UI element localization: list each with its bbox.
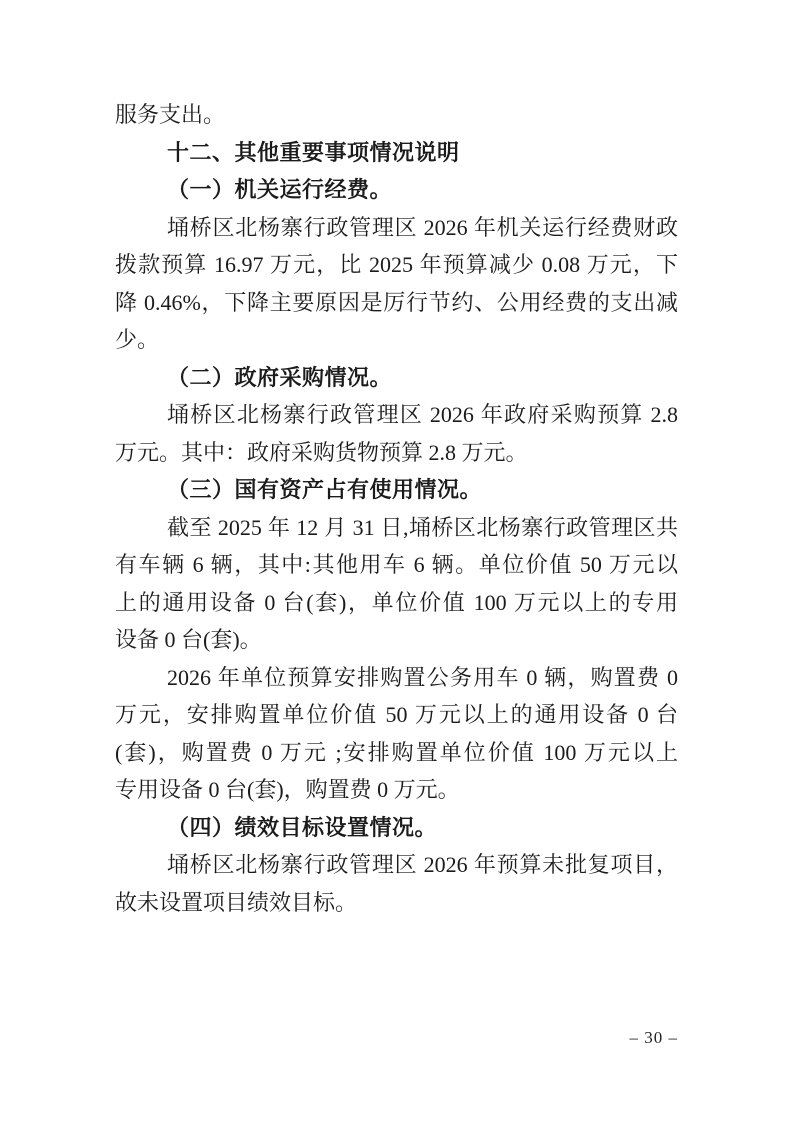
paragraph-line: (套)，购置费 0 万元 ;安排购置单位价值 100 万元以上 [115, 734, 678, 772]
section-heading: （二）政府采购情况。 [115, 359, 678, 397]
paragraph-line: 截至 2025 年 12 月 31 日,埇桥区北杨寨行政管理区共 [115, 509, 678, 547]
section-heading: （三）国有资产占有使用情况。 [115, 471, 678, 509]
paragraph-line: 少。 [115, 321, 678, 359]
paragraph-line: 万元，安排购置单位价值 50 万元以上的通用设备 0 台 [115, 696, 678, 734]
paragraph-line: 设备 0 台(套)。 [115, 621, 678, 659]
paragraph-line: 拨款预算 16.97 万元，比 2025 年预算减少 0.08 万元，下 [115, 246, 678, 284]
section-heading: 十二、其他重要事项情况说明 [115, 134, 678, 172]
paragraph-line: 专用设备 0 台(套)，购置费 0 万元。 [115, 771, 678, 809]
paragraph-line: 降 0.46%，下降主要原因是厉行节约、公用经费的支出减 [115, 284, 678, 322]
section-heading: （一）机关运行经费。 [115, 171, 678, 209]
paragraph-line: 埇桥区北杨寨行政管理区 2026 年政府采购预算 2.8 [115, 396, 678, 434]
document-page: 服务支出。 十二、其他重要事项情况说明 （一）机关运行经费。 埇桥区北杨寨行政管… [0, 0, 793, 1122]
paragraph-line: 埇桥区北杨寨行政管理区 2026 年预算未批复项目， [115, 846, 678, 884]
paragraph-line: 故未设置项目绩效目标。 [115, 884, 678, 922]
document-body: 服务支出。 十二、其他重要事项情况说明 （一）机关运行经费。 埇桥区北杨寨行政管… [115, 96, 678, 921]
paragraph-line: 埇桥区北杨寨行政管理区 2026 年机关运行经费财政 [115, 209, 678, 247]
paragraph-line: 有车辆 6 辆，其中:其他用车 6 辆。单位价值 50 万元以 [115, 546, 678, 584]
paragraph-line: 服务支出。 [115, 96, 678, 134]
page-number: – 30 – [115, 1028, 678, 1048]
section-heading: （四）绩效目标设置情况。 [115, 809, 678, 847]
paragraph-line: 2026 年单位预算安排购置公务用车 0 辆，购置费 0 [115, 659, 678, 697]
paragraph-line: 万元。其中：政府采购货物预算 2.8 万元。 [115, 434, 678, 472]
paragraph-line: 上的通用设备 0 台(套)，单位价值 100 万元以上的专用 [115, 584, 678, 622]
